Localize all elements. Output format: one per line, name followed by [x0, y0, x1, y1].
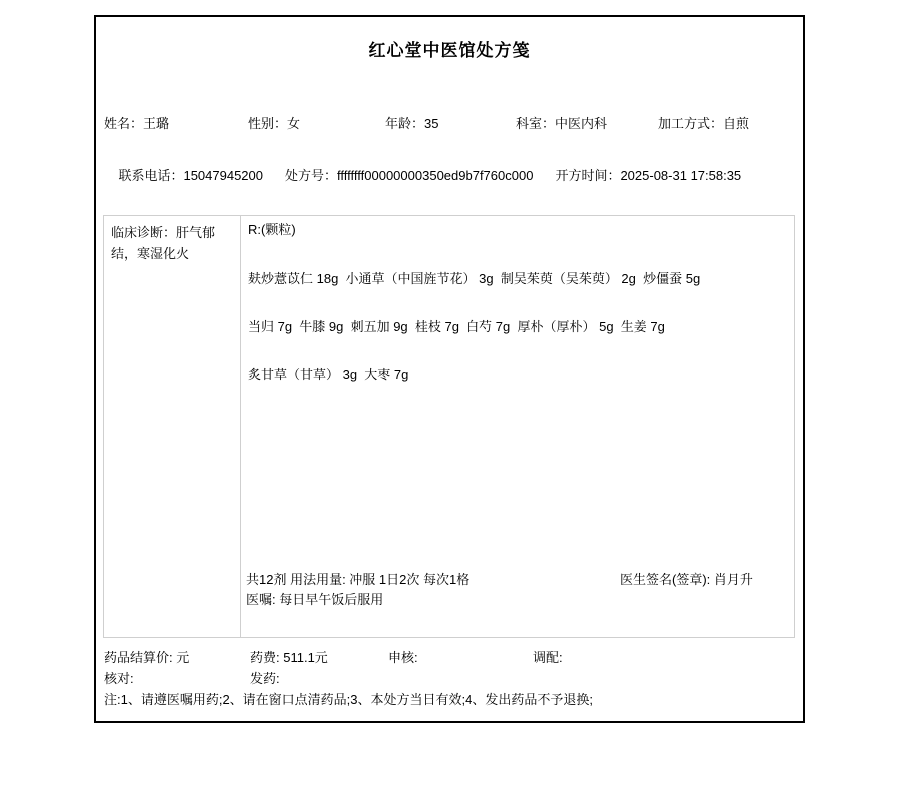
field-label: 核对:	[104, 671, 134, 686]
patient-name-field: 姓名：王璐	[104, 115, 169, 132]
field-label: 年龄：	[385, 116, 424, 131]
processing-method-field: 加工方式：自煎	[658, 115, 749, 132]
prepare-field: 调配:	[533, 649, 563, 666]
review-field: 申核:	[388, 649, 418, 666]
field-label: 医嘱:	[246, 592, 279, 607]
issue-time-field: 开方时间：2025-08-31 17:58:35	[555, 168, 741, 183]
department-field: 科室：中医内科	[516, 115, 607, 132]
field-label: 申核:	[388, 650, 418, 665]
phone-field: 联系电话：15047945200	[118, 168, 263, 183]
rx-box-divider	[240, 216, 241, 637]
field-value: 女	[287, 116, 300, 131]
field-value: 每日早午饭后服用	[279, 592, 383, 607]
diagnosis-cell: 临床诊断：肝气郁结，寒湿化火	[111, 222, 233, 264]
gender-field: 性别：女	[248, 115, 300, 132]
field-label: 药品结算价:	[104, 650, 176, 665]
field-value: 王璐	[143, 116, 169, 131]
fee-field: 药费: 511.1元	[250, 649, 328, 666]
field-value: 15047945200	[183, 168, 263, 183]
field-value: 35	[424, 116, 438, 131]
field-label: 药费:	[250, 650, 283, 665]
field-label: 姓名：	[104, 116, 143, 131]
field-value: 中医内科	[555, 116, 607, 131]
clinic-title: 红心堂中医馆处方笺	[94, 36, 805, 61]
field-label: 联系电话：	[118, 168, 183, 183]
contact-row: 联系电话：15047945200处方号：ffffffff00000000350e…	[104, 150, 741, 201]
diagnosis-label: 临床诊断：	[111, 225, 176, 240]
check-field: 核对:	[104, 670, 134, 687]
field-value: 肖月升	[714, 572, 753, 587]
field-label: 性别：	[248, 116, 287, 131]
dispense-field: 发药:	[250, 670, 280, 687]
field-value: 元	[176, 650, 189, 665]
herb-line: 炙甘草（甘草） 3g 大枣 7g	[248, 366, 408, 383]
prescription-number-field: 处方号：ffffffff00000000350ed9b7f760c000	[285, 168, 533, 183]
rx-header: R:(颗粒)	[248, 221, 296, 238]
field-value: 自煎	[723, 116, 749, 131]
field-label: 发药:	[250, 671, 280, 686]
settlement-price-field: 药品结算价: 元	[104, 649, 189, 666]
field-label: 开方时间：	[555, 168, 620, 183]
footer-note: 注:1、请遵医嘱用药;2、请在窗口点清药品;3、本处方当日有效;4、发出药品不予…	[104, 691, 593, 708]
field-value: 511.1元	[283, 650, 328, 665]
field-label: 调配:	[533, 650, 563, 665]
herb-line: 当归 7g 牛膝 9g 刺五加 9g 桂枝 7g 白芍 7g 厚朴（厚朴） 5g…	[248, 318, 665, 335]
usage-line: 共12剂 用法用量: 冲服 1日2次 每次1格	[246, 571, 469, 588]
remark-field: 医嘱: 每日早午饭后服用	[246, 591, 383, 608]
age-field: 年龄：35	[385, 115, 438, 132]
field-label: 科室：	[516, 116, 555, 131]
field-label: 医生签名(签章):	[620, 572, 714, 587]
herb-line: 麸炒薏苡仁 18g 小通草（中国旌节花） 3g 制吴茱萸（吴茱萸） 2g 炒僵蚕…	[248, 270, 700, 287]
field-value: 2025-08-31 17:58:35	[620, 168, 741, 183]
field-label: 处方号：	[285, 168, 337, 183]
doctor-signature-field: 医生签名(签章): 肖月升	[620, 571, 753, 588]
field-value: ffffffff00000000350ed9b7f760c000	[337, 168, 533, 183]
prescription-page: 红心堂中医馆处方笺 姓名：王璐 性别：女 年龄：35 科室：中医内科 加工方式：…	[0, 0, 900, 800]
field-label: 加工方式：	[658, 116, 723, 131]
